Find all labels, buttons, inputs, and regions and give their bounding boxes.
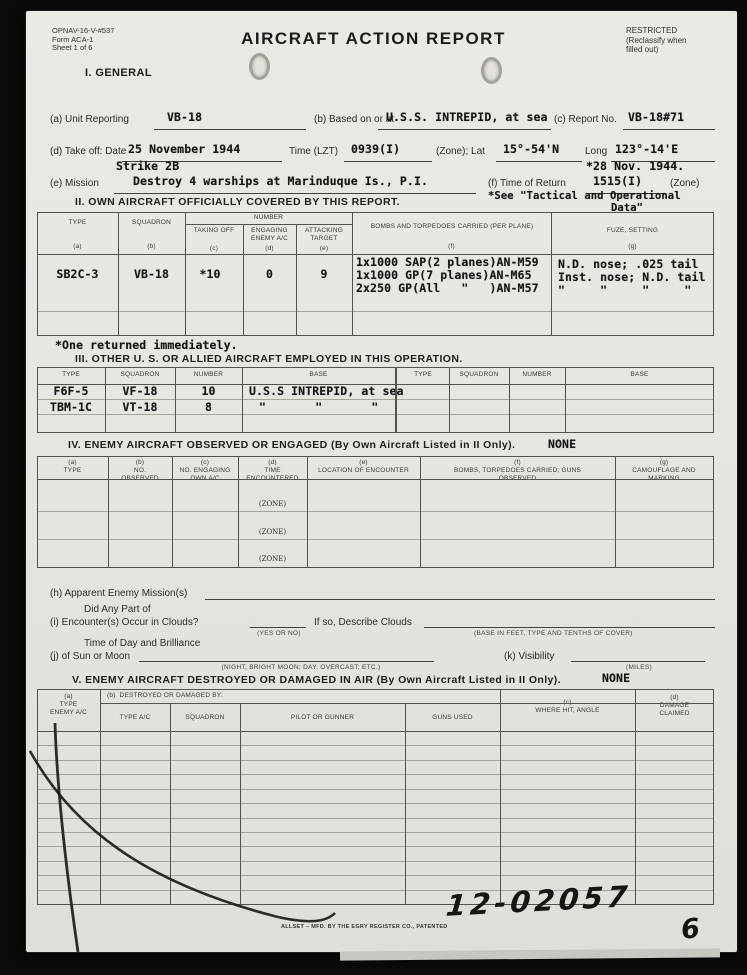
grid-line [449, 367, 450, 433]
time-of-day-pre: Time of Day and Brilliance [84, 638, 200, 649]
col-header-type-ac: TYPE A/C [100, 714, 170, 722]
col-sub: (g) [551, 243, 714, 251]
grid-line [100, 689, 101, 905]
page-title: AIRCRAFT ACTION REPORT [26, 29, 721, 49]
group-header-destroyed-by: (b) DESTROYED OR DAMAGED BY: [107, 692, 223, 700]
section1-heading: I. GENERAL [85, 67, 152, 79]
grid-line [243, 224, 244, 336]
time-label: Time (LZT) [289, 146, 338, 157]
col-sub: (b) [118, 243, 185, 251]
grid-line [37, 846, 714, 847]
own-aircraft-type: SB2C-3 [37, 267, 118, 281]
grid-line [296, 224, 297, 336]
zone-lat-label: (Zone); Lat [436, 146, 485, 157]
handwritten-page-number: 6 [679, 913, 701, 946]
classification-block: RESTRICTED (Reclassify when filled out) [626, 26, 686, 55]
allied-squadron: VT-18 [105, 400, 175, 414]
grid-line [240, 703, 241, 905]
grid-line [37, 789, 714, 790]
apparent-mission-label: (h) Apparent Enemy Mission(s) [50, 588, 187, 599]
grid-line [185, 212, 186, 336]
grid-line [172, 456, 173, 568]
grid-line [37, 456, 714, 457]
col-header-type-enemy: ENEMY A/C [37, 709, 100, 717]
own-aircraft-attacking: 9 [296, 267, 352, 281]
based-on-blank [378, 129, 551, 130]
allied-base: U.S.S INTREPID, at sea [249, 384, 404, 398]
zone-note: (ZONE) [238, 500, 307, 508]
grid-line [37, 760, 714, 761]
lat-blank [496, 161, 582, 162]
grid-line [37, 818, 714, 819]
grid-line [635, 689, 636, 905]
grid-line [37, 414, 714, 415]
time-of-day-note: (NIGHT, BRIGHT MOON; DAY, OVERCAST; ETC.… [176, 664, 426, 671]
col-sub: (e) [296, 245, 352, 253]
col-header-squadron: SQUADRON [449, 371, 509, 379]
col-sub: (d) [243, 245, 296, 253]
time-of-day-blank [139, 661, 434, 662]
unit-reporting-blank [154, 129, 306, 130]
grid-line [105, 367, 106, 433]
col-header-location: LOCATION OF ENCOUNTER [317, 467, 410, 475]
describe-clouds-blank [424, 627, 715, 628]
own-aircraft-squadron: VB-18 [118, 267, 185, 281]
col-sub: (b) [108, 459, 172, 467]
allied-type: TBM-1C [37, 400, 105, 414]
grid-line [37, 511, 714, 512]
col-sub: (f) [352, 243, 551, 251]
col-header-squadron: SQUADRON [118, 219, 185, 227]
grid-line [37, 689, 38, 905]
col-header-no-observed: NO. OBSERVED [116, 467, 164, 483]
grid-line [108, 456, 109, 568]
unit-reporting-value: VB-18 [167, 110, 202, 124]
grid-line [37, 367, 714, 368]
section3-heading: III. OTHER U. S. OR ALLIED AIRCRAFT EMPL… [75, 353, 463, 365]
grid-line [565, 367, 566, 433]
grid-line [37, 399, 714, 400]
section5-table: (a) TYPE ENEMY A/C (b) DESTROYED OR DAMA… [37, 689, 714, 905]
col-header-engaging: ENGAGING ENEMY A/C [243, 227, 296, 243]
printer-note: ALLSET – MFD. BY THE EGRY REGISTER CO., … [281, 924, 448, 930]
time-of-day-label: (j) of Sun or Moon [50, 651, 130, 662]
time-return-label: (f) Time of Return [488, 178, 566, 189]
grid-line [420, 456, 421, 568]
col-header-bombs-observed: BOMBS, TORPEDOES CARRIED; GUNS OBSERVED [440, 467, 595, 483]
takeoff-date-value: 25 November 1944 [128, 142, 240, 156]
grid-line [37, 432, 714, 433]
unit-reporting-label: (a) Unit Reporting [50, 114, 129, 125]
fuze-line1: N.D. nose; .025 tail [558, 257, 698, 271]
col-header-number: NUMBER [175, 371, 242, 379]
grid-line [37, 367, 38, 433]
allied-type: F6F-5 [37, 384, 105, 398]
time-return-zone-label: (Zone) [670, 178, 699, 189]
grid-line [37, 774, 714, 775]
col-header-number: NUMBER [185, 214, 352, 222]
grid-line [500, 689, 501, 905]
clouds-question-label: (i) Encounter(s) Occur in Clouds? [50, 617, 198, 628]
grid-line [37, 832, 714, 833]
grid-line [37, 803, 714, 804]
col-header-base: BASE [242, 371, 395, 379]
grid-line [37, 212, 714, 213]
allied-base-ditto: " " " [259, 400, 378, 414]
based-on-value: U.S.S. INTREPID, at sea [386, 110, 548, 124]
time-value: 0939(I) [351, 142, 400, 156]
grid-line [238, 456, 239, 568]
section4-heading: IV. ENEMY AIRCRAFT OBSERVED OR ENGAGED (… [68, 439, 515, 451]
col-header-no-engaging: NO. ENGAGING OWN A/C [174, 467, 236, 483]
col-header-time: TIME ENCOUNTERED [242, 467, 303, 483]
fuze-line2: Inst. nose; N.D. tail [558, 270, 706, 284]
footnote: *One returned immediately. [55, 338, 238, 352]
classification-note: filled out) [626, 45, 686, 55]
col-header-type: TYPE [37, 219, 118, 227]
long-label: Long [585, 146, 607, 157]
report-no-label: (c) Report No. [554, 114, 617, 125]
grid-line [713, 689, 714, 905]
allied-number: 10 [175, 384, 242, 398]
col-header-pilot: PILOT OR GUNNER [240, 714, 405, 722]
grid-line [37, 212, 38, 336]
grid-line [405, 703, 406, 905]
col-header-type: TYPE [37, 371, 105, 379]
grid-line [615, 456, 616, 568]
col-header-bombs: BOMBS AND TORPEDOES CARRIED (PER PLANE) [362, 223, 542, 231]
col-header-taking-off: TAKING OFF [185, 227, 243, 235]
col-header-type-enemy: TYPE [37, 701, 100, 709]
section4-table: (a) TYPE (b) NO. OBSERVED (c) NO. ENGAGI… [37, 456, 714, 568]
grid-line [509, 367, 510, 433]
col-header-type: TYPE [37, 467, 108, 475]
col-sub: (d) [635, 694, 714, 702]
clouds-yesno-note: (YES OR NO) [248, 630, 310, 637]
col-sub: (a) [37, 459, 108, 467]
grid-line [37, 479, 714, 480]
grid-line [118, 212, 119, 336]
grid-line [37, 689, 714, 690]
based-on-label: (b) Based on or at [314, 114, 394, 125]
mission-blank [114, 193, 476, 194]
col-header-damage: CLAIMED [635, 710, 714, 718]
col-header-where-hit: WHERE HIT, ANGLE [500, 707, 635, 715]
time-return-value: 1515(I) [593, 174, 642, 188]
takeoff-date-label: (d) Take off: Date [50, 146, 126, 157]
col-header-type: TYPE [397, 371, 449, 379]
clouds-yesno-blank [250, 627, 306, 628]
col-sub: (e) [307, 459, 420, 467]
grid-line [185, 224, 352, 225]
grid-line [713, 212, 714, 336]
grid-line [395, 367, 397, 433]
grid-line [37, 731, 714, 732]
section3-table: TYPE SQUADRON NUMBER BASE TYPE SQUADRON … [37, 367, 714, 433]
col-header-attacking: ATTACKING TARGET [296, 227, 352, 243]
col-header-guns: GUNS USED [405, 714, 500, 722]
col-sub: (a) [37, 693, 100, 701]
col-sub: (a) [37, 243, 118, 251]
grid-line [551, 212, 552, 336]
allied-number: 8 [175, 400, 242, 414]
col-header-fuze: FUZE, SETTING [551, 227, 714, 235]
grid-line [37, 539, 714, 540]
col-sub: (f) [420, 459, 615, 467]
col-header-base: BASE [565, 371, 714, 379]
zone-note: (ZONE) [238, 528, 307, 536]
allied-squadron: VF-18 [105, 384, 175, 398]
long-value: 123°-14'E [615, 142, 678, 156]
fuze-line3: " " " " [558, 283, 691, 297]
form-paper: OPNAV-16-V-#537 Form ACA-1 Sheet 1 of 6 … [26, 11, 737, 952]
grid-line [37, 456, 38, 568]
classification: RESTRICTED [626, 26, 686, 36]
tactical-note-line1: *See "Tactical and Operational [488, 190, 681, 202]
mission-label: (e) Mission [50, 178, 99, 189]
bombs-line1: 1x1000 SAP(2 planes)AN-M59 [356, 255, 539, 269]
classification-note: (Reclassify when [626, 36, 686, 46]
date-correction-note: *28 Nov. 1944. [586, 159, 684, 173]
grid-line [37, 384, 714, 385]
grid-line [100, 703, 714, 704]
section2-table: TYPE (a) SQUADRON (b) NUMBER TAKING OFF … [37, 212, 714, 336]
mission-value: Destroy 4 warships at Marinduque Is., P.… [133, 174, 428, 188]
punch-hole [481, 57, 502, 84]
grid-line [713, 367, 714, 433]
time-blank [344, 161, 432, 162]
section5-heading: V. ENEMY AIRCRAFT DESTROYED OR DAMAGED I… [72, 674, 561, 686]
screenshot-root: { "page": { "form_id": ["OPNAV-16-V-#537… [0, 0, 747, 975]
clouds-question-pre: Did Any Part of [84, 604, 151, 615]
col-sub: (c) [172, 459, 238, 467]
grid-line [37, 567, 714, 568]
col-header-squadron: SQUADRON [105, 371, 175, 379]
grid-line [37, 311, 714, 312]
col-sub: (g) [615, 459, 713, 467]
visibility-note: (MILES) [626, 664, 652, 671]
own-aircraft-engaging: 0 [243, 267, 296, 281]
report-no-blank [623, 129, 715, 130]
report-no-value: VB-18#71 [628, 110, 684, 124]
grid-line [37, 254, 714, 255]
grid-line [37, 861, 714, 862]
grid-line [37, 875, 714, 876]
grid-line [37, 335, 714, 336]
col-header-camouflage: CAMOUFLAGE AND MARKING [620, 467, 708, 483]
zone-note: (ZONE) [238, 555, 307, 563]
punch-hole [249, 53, 270, 80]
describe-clouds-label: If so, Describe Clouds [314, 617, 412, 628]
col-header-number: NUMBER [509, 371, 565, 379]
grid-line [713, 456, 714, 568]
visibility-label: (k) Visibility [504, 651, 554, 662]
section4-none: NONE [548, 437, 576, 451]
describe-clouds-note: (BASE IN FEET, TYPE AND TENTHS OF COVER) [474, 630, 633, 637]
grid-line [175, 367, 176, 433]
col-sub: (d) [238, 459, 307, 467]
col-header-squadron: SQUADRON [170, 714, 240, 722]
grid-line [37, 745, 714, 746]
lat-value: 15°-54'N [503, 142, 559, 156]
grid-line [352, 212, 353, 336]
visibility-blank [571, 661, 705, 662]
own-aircraft-taking-off: *10 [185, 267, 235, 281]
bombs-line3: 2x250 GP(All " )AN-M57 [356, 281, 539, 295]
grid-line [307, 456, 308, 568]
apparent-mission-blank [205, 599, 715, 600]
bombs-line2: 1x1000 GP(7 planes)AN-M65 [356, 268, 532, 282]
section2-heading: II. OWN AIRCRAFT OFFICIALLY COVERED BY T… [75, 196, 400, 208]
under-sheet-edge [340, 948, 720, 960]
grid-line [170, 703, 171, 905]
section5-none: NONE [602, 671, 630, 685]
strike-note: Strike 2B [116, 159, 179, 173]
col-sub: (c) [185, 245, 243, 253]
grid-line [242, 367, 243, 433]
